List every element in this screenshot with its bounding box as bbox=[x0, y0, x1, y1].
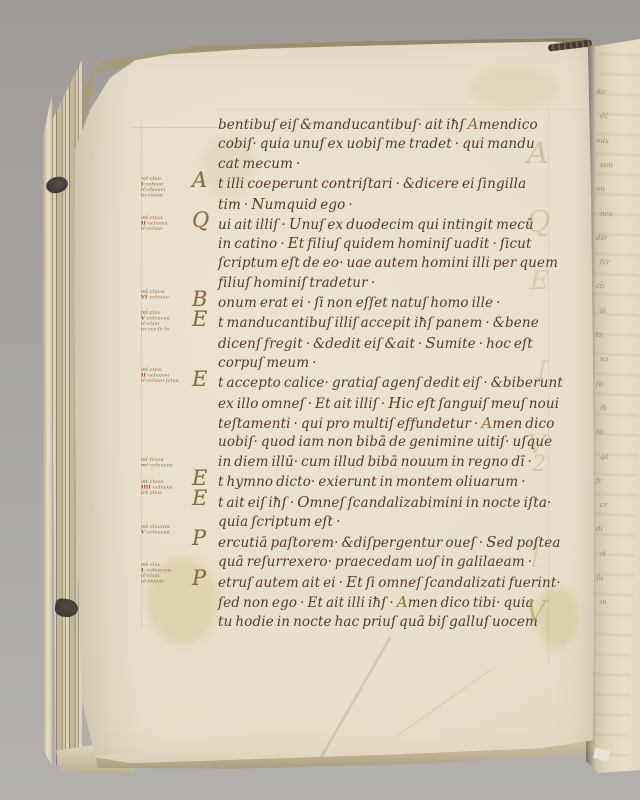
text-segment: E bbox=[346, 573, 357, 591]
marginal-note: mt̄·clxxL·cclxxxvııılc̄·clxxıio·cxxxxı bbox=[141, 562, 201, 584]
text-line: cobiſ· quia unuſ ex uobiſ me tradet · qu… bbox=[218, 134, 535, 154]
text-segment: A bbox=[481, 414, 492, 432]
show-through-letter: V bbox=[525, 594, 546, 628]
facing-leaf-fragment: ſu bbox=[596, 574, 604, 582]
marginal-note: mt̄·ſcxvıımr̄·cclxxxvıı bbox=[141, 457, 201, 468]
text-segment: t ait eiſ iħſ · bbox=[218, 495, 297, 511]
show-through-letter: Q bbox=[526, 205, 551, 240]
marginal-reference: io·cxxvıı bbox=[141, 193, 163, 199]
text-segment: dicenſ fregit · &dedit eiſ &ait · bbox=[218, 336, 425, 352]
text-line: in catino · Et filiuſ quidem hominiſ uad… bbox=[218, 233, 532, 253]
show-through-letter: 2 bbox=[532, 452, 546, 477]
text-line: filiuſ hominiſ tradetur · bbox=[218, 273, 375, 293]
facing-leaf-fragment: ſb bbox=[600, 404, 607, 412]
text-line: uobiſ· quod iam non bibā de genimine uit… bbox=[218, 432, 552, 452]
marginal-note: mt̄·clxvııIIII·cclxxxxſct·clxxı bbox=[141, 479, 201, 496]
facing-leaf-fragment: ſo bbox=[596, 379, 603, 387]
facing-leaf-fragment: cr bbox=[600, 501, 608, 509]
show-through-letter: A bbox=[527, 136, 549, 171]
marginal-note-line: io·cxxvıı bbox=[141, 193, 201, 199]
facing-leaf-fragment: tū bbox=[596, 428, 604, 436]
text-segment: ſed non ego · Et ait illi iħſ · bbox=[218, 595, 397, 611]
text-line: cat mecum · bbox=[218, 154, 300, 174]
text-segment: O bbox=[297, 493, 309, 511]
vellum-stain bbox=[468, 67, 560, 109]
text-line: tim · Numquid ego · bbox=[218, 194, 353, 214]
text-segment: t ſi omneſ ſcandalizati fuerint· bbox=[357, 575, 561, 591]
marginal-note: mt̄·clxvıII·cclxxxvılc̄·cclxvıı·ſclvıı bbox=[141, 367, 201, 384]
text-line: Qui ait illiſ · Unuſ ex duodecim qui int… bbox=[218, 214, 534, 234]
show-through-letter: I bbox=[537, 356, 547, 386]
text-segment: cat mecum · bbox=[218, 156, 300, 172]
text-line: ſed non ego · Et ait illi iħſ · Amen dic… bbox=[218, 592, 534, 612]
marginal-note-line: io·cxv·ſc·lv bbox=[141, 327, 201, 333]
text-segment: uobiſ· quod iam non bibā de genimine uit… bbox=[218, 434, 552, 450]
text-line: Bonum erat ei · ſi non eſſet natuſ homo … bbox=[218, 293, 501, 313]
facing-leaf-fragment: ınls bbox=[596, 136, 609, 145]
text-line: corpuſ meum · bbox=[218, 353, 317, 373]
text-line: Et ait eiſ iħſ · Omneſ ſcandalizabimini … bbox=[218, 492, 551, 512]
text-segment: quia ſcriptum eſt · bbox=[218, 514, 341, 530]
marginal-note-line: lc̄·cclxvıı·ſclvıı bbox=[141, 378, 201, 384]
show-through-letter: [ bbox=[532, 542, 541, 570]
marginal-canon-numeral: V bbox=[141, 530, 145, 536]
marginal-reference: io·cxxxxı bbox=[141, 579, 164, 585]
ruling-horizontal-top bbox=[216, 109, 598, 110]
marginal-note-line: ſct·clxxı bbox=[141, 490, 201, 496]
facing-leaf-fragment: ct̄ı bbox=[596, 282, 605, 290]
text-segment: in catino · bbox=[218, 236, 288, 252]
marginal-note-line: lc̄·cclxvı bbox=[141, 226, 201, 232]
text-segment: cobiſ· quia unuſ ex uobiſ me tradet · qu… bbox=[218, 136, 535, 152]
text-segment: bentibuſ eiſ &manducantibuſ· ait iħſ bbox=[218, 117, 468, 133]
text-segment: A bbox=[397, 593, 408, 611]
text-segment: ui ait illiſ · bbox=[218, 217, 289, 233]
text-segment: tim · bbox=[218, 197, 251, 213]
marginal-note-line: mr̄·cclxxxvıı bbox=[141, 463, 201, 469]
text-segment: umite · hoc eſt bbox=[436, 336, 533, 352]
text-line: Petruſ autem ait ei · Et ſi omneſ ſcanda… bbox=[218, 572, 561, 592]
facing-leaf-fragment: ıbr bbox=[596, 88, 606, 97]
text-segment: S bbox=[425, 334, 435, 352]
facing-leaf-fragment: tn bbox=[596, 331, 604, 339]
text-segment: ercutiā paſtorem· &diſpergentur oueſ · bbox=[218, 535, 486, 551]
marginal-reference: ſct·clxxı bbox=[141, 490, 162, 496]
facing-leaf-fragment: rl bbox=[600, 550, 606, 558]
vellum-crease bbox=[397, 666, 496, 736]
text-segment: tu hodie in nocte hac priuſ quā biſ gall… bbox=[218, 614, 538, 630]
text-line: Percutiā paſtorem· &diſpergentur oueſ · … bbox=[218, 532, 561, 552]
text-segment: t accepto calice· gratiaſ agenſ dedit ei… bbox=[218, 375, 563, 391]
text-segment: nuſ ex duodecim qui intingit mecū bbox=[302, 217, 534, 233]
text-line: in diem illū· cum illud bibā nouum in re… bbox=[218, 452, 532, 472]
facing-leaf-fragment: fr bbox=[596, 477, 602, 485]
marginal-reference: mr̄·cclxxxvıı bbox=[141, 463, 173, 469]
text-line: Et hymno dicto· exierunt in montem oliua… bbox=[218, 472, 526, 492]
text-segment: filiuſ hominiſ tradetur · bbox=[218, 275, 375, 291]
text-segment: t manducantibuſ illiſ accepit iħſ panem … bbox=[218, 315, 539, 331]
marginal-note-line: VI·cclxxxv bbox=[141, 295, 201, 301]
marginal-reference: ·cclxxxv bbox=[148, 295, 169, 301]
text-segment: t hymno dicto· exierunt in montem oliuar… bbox=[218, 474, 526, 490]
facing-leaf-fragment: ıcı bbox=[600, 355, 609, 363]
text-segment: mendico bbox=[479, 117, 538, 133]
text-segment: t illi coeperunt contriſtari · &dicere e… bbox=[218, 176, 526, 192]
text-line: At illi coeperunt contriſtari · &dicere … bbox=[218, 174, 526, 194]
show-through-letter: E bbox=[530, 266, 549, 296]
text-segment: in diem illū· cum illud bibā nouum in re… bbox=[218, 454, 532, 470]
facing-leaf: ıbrdc̄ınlsıamımncuds̄rſcrct̄ıls̄tnıcıſoſ… bbox=[586, 36, 640, 773]
manuscript-page: bentibuſ eiſ &manducantibuſ· ait iħſ Ame… bbox=[50, 35, 600, 775]
text-segment: onum erat ei · ſi non eſſet natuſ homo i… bbox=[218, 295, 501, 311]
text-segment: mneſ ſcandalizabimini in nocte iſta· bbox=[310, 495, 552, 511]
text-line: ſcriptum eſt de eo· uae autem homini ill… bbox=[218, 253, 558, 273]
text-line: Et accepto calice· gratiaſ agenſ dedit e… bbox=[218, 373, 563, 393]
marginal-note: mt̄·clxxvııııV·cclxxxvıı bbox=[141, 524, 201, 535]
marginal-note-line: io·cxxxxı bbox=[141, 579, 201, 585]
text-line: quā reſurrexero· praecedam uoſ in galila… bbox=[218, 552, 532, 572]
marginal-reference: lc̄·cclxvı bbox=[141, 226, 162, 232]
text-segment: ex illo omneſ · Et ait illiſ · bbox=[218, 396, 388, 412]
facing-leaf-fragment: ın bbox=[600, 598, 607, 606]
text-segment: umquid ego · bbox=[265, 197, 353, 213]
text-segment: t filiuſ quidem hominiſ uadit · ſicut bbox=[299, 236, 532, 252]
facing-leaf-fragment: ſcr bbox=[600, 258, 610, 267]
text-segment: ic eſt ſanguiſ meuſ noui bbox=[401, 396, 559, 412]
facing-leaf-fragment: ds̄r bbox=[596, 234, 608, 243]
text-segment: teſtamenti · qui pro multiſ effundetur · bbox=[218, 416, 481, 432]
ruling-horizontal-margin bbox=[132, 127, 218, 128]
text-line: ex illo omneſ · Et ait illiſ · Hic eſt ſ… bbox=[218, 393, 559, 413]
text-segment: etruſ autem ait ei · bbox=[218, 575, 346, 591]
text-line: teſtamenti · qui pro multiſ effundetur ·… bbox=[218, 413, 555, 433]
text-segment: N bbox=[251, 195, 264, 213]
text-line: tu hodie in nocte hac priuſ quā biſ gall… bbox=[218, 612, 538, 632]
text-segment: ſcriptum eſt de eo· uae autem homini ill… bbox=[218, 255, 558, 271]
marginal-note: mt̄·clxxvıVI·cclxxxv bbox=[141, 289, 201, 300]
vellum-crease bbox=[315, 637, 391, 768]
marginal-note: mr̄·clxııI·cclxxxılc̄·clxxxvıio·cxxvıı bbox=[141, 176, 201, 198]
gutter-shadow bbox=[72, 63, 144, 755]
text-segment: U bbox=[289, 215, 302, 233]
text-segment: H bbox=[388, 394, 401, 412]
text-segment: corpuſ meum · bbox=[218, 355, 317, 371]
text-segment: men dico tibi· quia bbox=[408, 595, 534, 611]
text-segment: A bbox=[468, 115, 479, 133]
facing-leaf-fragment: ls̄ bbox=[600, 307, 606, 315]
text-line: quia ſcriptum eſt · bbox=[218, 512, 341, 532]
text-segment: E bbox=[288, 234, 299, 252]
marginal-canon-numeral: VI bbox=[141, 295, 147, 301]
text-segment: ed poſtea bbox=[497, 535, 561, 551]
facing-leaf-fragment: qs̄ bbox=[600, 452, 608, 460]
facing-leaf-fragment: ncu bbox=[600, 209, 613, 218]
text-line: bentibuſ eiſ &manducantibuſ· ait iħſ Ame… bbox=[218, 114, 538, 134]
text-segment: S bbox=[486, 533, 496, 551]
marginal-reference: io·cxv·ſc·lv bbox=[141, 327, 169, 333]
text-line: dicenſ fregit · &dedit eiſ &ait · Sumite… bbox=[218, 333, 533, 353]
facing-leaf-fragment: ım bbox=[596, 185, 605, 193]
marginal-note: mt̄·clxvV·cclxxxvıılc̄·clxvıio·cxv·ſc·lv bbox=[141, 310, 201, 332]
text-line: Et manducantibuſ illiſ accepit iħſ panem… bbox=[218, 313, 539, 333]
marginal-reference: ·cclxxxvıı bbox=[145, 530, 169, 536]
facing-leaf-fragment: dı bbox=[596, 525, 603, 533]
marginal-note-line: V·cclxxxvıı bbox=[141, 530, 201, 536]
facing-leaf-fragment: ıam bbox=[600, 161, 613, 170]
cover-board-edge bbox=[43, 95, 52, 765]
text-segment: quā reſurrexero· praecedam uoſ in galila… bbox=[218, 554, 532, 570]
marginal-note: mt̄·clxxvII·cclxxxıılc̄·cclxvı bbox=[141, 215, 201, 232]
manuscript-book-photo: ıbrdc̄ınlsıamımncuds̄rſcrct̄ıls̄tnıcıſoſ… bbox=[0, 0, 640, 800]
marginal-reference: lc̄·cclxvıı·ſclvıı bbox=[141, 378, 179, 384]
facing-leaf-fragment: dc̄ bbox=[600, 112, 609, 120]
